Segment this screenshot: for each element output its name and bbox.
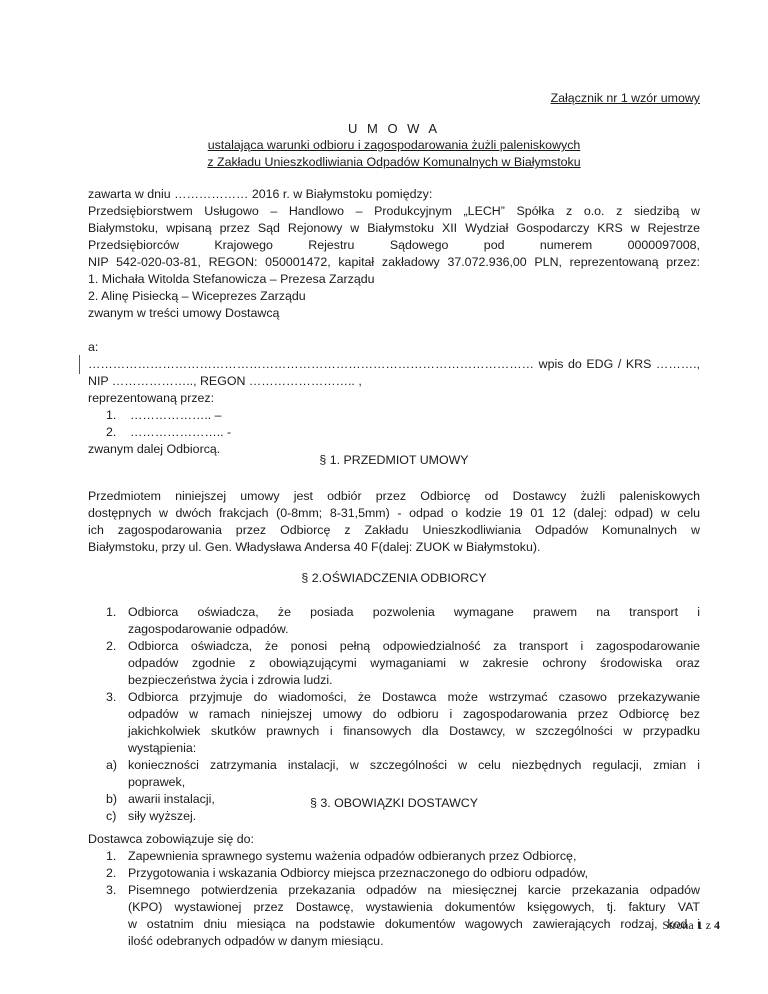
list-item-number: 2.	[106, 638, 126, 655]
section-1-line-1: Przedmiotem niniejszej umowy jest odbiór…	[88, 488, 700, 505]
recipient-nip-regon: NIP ……………….., REGON …………………….. ,	[88, 373, 700, 390]
list-item-line: odpadów w ramach niniejszej umowy do odb…	[128, 706, 700, 723]
list-item-line: Zapewnienia sprawnego systemu ważenia od…	[128, 848, 700, 865]
list-item-line: Odbiorca oświadcza, że ponosi pełną odpo…	[128, 638, 700, 655]
section-3-heading: § 3. OBOWIĄZKI DOSTAWCY	[88, 795, 700, 812]
list-item-line: odpadów zgodnie z obowiązującymi wymagan…	[128, 655, 700, 672]
list-item-line: Przygotowania i wskazania Odbiorcy miejs…	[128, 865, 700, 882]
section-1-heading: § 1. PRZEDMIOT UMOWY	[88, 452, 700, 469]
margin-change-bar	[79, 355, 80, 374]
supplier-line-4: NIP 542-020-03-81, REGON: 050001472, kap…	[88, 254, 700, 271]
list-item-line: (KPO) wystawionej przez Dostawcę, wystaw…	[128, 899, 700, 916]
attachment-label: Załącznik nr 1 wzór umowy	[88, 90, 700, 107]
document-subtitle-1: ustalająca warunki odbioru i zagospodaro…	[88, 137, 700, 154]
document-subtitle-2: z Zakładu Unieszkodliwiania Odpadów Komu…	[88, 154, 700, 171]
list-item-line: Odbiorca przyjmuje do wiadomości, że Dos…	[128, 689, 700, 706]
list-item-number: 1.	[106, 604, 126, 621]
list-item-line: w ostatnim dniu miesiąca na podstawie do…	[128, 916, 700, 933]
supplier-rep-1: 1. Michała Witolda Stefanowicza – Prezes…	[88, 271, 700, 288]
recipient-represented: reprezentowaną przez:	[88, 390, 700, 407]
list-item-line: wystąpienia:	[128, 740, 700, 757]
document-page: Załącznik nr 1 wzór umowy U M O W A usta…	[0, 0, 768, 994]
list-item-line: ilość odebranych odpadów w danym miesiąc…	[128, 933, 700, 950]
section-2-heading: § 2.OŚWIADCZENIA ODBIORCY	[88, 570, 700, 587]
list-item-number: a)	[106, 757, 126, 774]
and-label: a:	[88, 339, 700, 356]
document-title: U M O W A	[88, 120, 700, 137]
list-text: ……………….. –	[130, 407, 222, 424]
recipient-line: ……………………………………………………………………………………………… wpi…	[88, 356, 700, 373]
list-item-number: 1.	[106, 848, 126, 865]
supplier-line-2: Białymstoku, wpisaną przez Sąd Rejonowy …	[88, 220, 700, 237]
section-1-line-3: ich zagospodarowania przez Odbiorcę z Za…	[88, 522, 700, 539]
list-item-line: zagospodarowanie odpadów.	[128, 621, 700, 638]
list-item-line: poprawek,	[128, 774, 700, 791]
list-item-line: jakichkolwiek skutków prawnych i finanso…	[128, 723, 700, 740]
list-item-number: 3.	[106, 689, 126, 706]
list-item-line: Odbiorca oświadcza, że posiada pozwoleni…	[128, 604, 700, 621]
list-number: 2.	[106, 424, 116, 441]
supplier-line-1: Przedsiębiorstwem Usługowo – Handlowo – …	[88, 203, 700, 220]
list-item-line: konieczności zatrzymania instalacji, w s…	[128, 757, 700, 774]
supplier-line-3: Przedsiębiorców Krajowego Rejestru Sądow…	[88, 237, 700, 254]
supplier-called: zwanym w treści umowy Dostawcą	[88, 305, 700, 322]
section-3-intro: Dostawca zobowiązuje się do:	[88, 831, 700, 848]
list-item-line: Pisemnego potwierdzenia przekazania odpa…	[128, 882, 700, 899]
list-item-number: 2.	[106, 865, 126, 882]
list-number: 1.	[106, 407, 116, 424]
contract-intro: zawarta w dniu ……………… 2016 r. w Białymst…	[88, 186, 700, 203]
list-item-number: 3.	[106, 882, 126, 899]
supplier-rep-2: 2. Alinę Pisiecką – Wiceprezes Zarządu	[88, 288, 700, 305]
section-1-line-2: dostępnych w dwóch frakcjach (0-8mm; 8-3…	[88, 505, 700, 522]
list-item-line: bezpieczeństwa życia i zdrowia ludzi.	[128, 672, 700, 689]
section-1-line-4: Białymstoku, przy ul. Gen. Władysława An…	[88, 539, 700, 556]
list-text: ………………….. -	[130, 424, 231, 441]
page-number: Strona 1 z 4	[662, 918, 720, 933]
